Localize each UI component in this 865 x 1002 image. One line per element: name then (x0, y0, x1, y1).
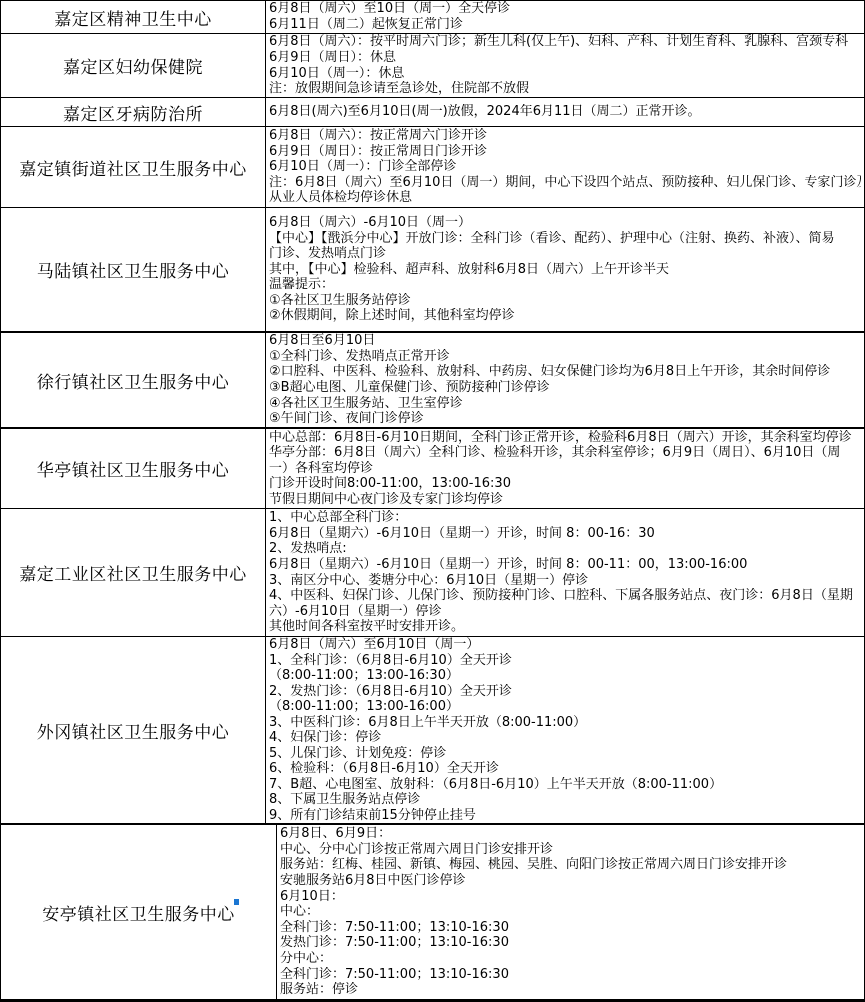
schedule-detail-cell: 6月8日（周六）：按平时周六门诊；新生儿科(仅上午)、妇科、产科、计划生育科、乳… (266, 34, 864, 97)
schedule-line: 温馨提示： (269, 277, 861, 293)
schedule-detail-cell: 中心总部：6月8日-6月10日期间，全科门诊正常开诊，检验科6月8日（周六）开诊… (266, 429, 864, 508)
schedule-line: 6月8日至6月10日 (269, 333, 861, 349)
schedule-line: 服务站：红梅、桂园、新镇、梅园、桃园、吴胜、向阳门诊按正常周六周日门诊安排开诊 (280, 857, 861, 873)
schedule-line: 中心： (280, 904, 861, 920)
schedule-line: 5、儿保门诊、计划免疫：停诊 (269, 746, 861, 762)
schedule-detail-cell: 1、中心总部全科门诊：6月8日（星期六）-6月10日（星期一）开诊，时间 8：0… (266, 509, 864, 636)
schedule-line: ②口腔科、中医科、检验科、放射科、中药房、妇女保健门诊均为6月8日上午开诊，其余… (269, 364, 861, 380)
schedule-detail-cell: 6月8日（周六）-6月10日（周一）【中心】【戬浜分中心】开放门诊：全科门诊（看… (266, 208, 864, 331)
schedule-line: 2、发热门诊：（6月8日-6月10）全天开诊 (269, 684, 861, 700)
schedule-line: 6月8日(周六)至6月10日(周一)放假，2024年6月11日（周二）正常开诊。 (269, 104, 861, 120)
schedule-line: 分中心： (280, 951, 861, 967)
schedule-line: 6月9日（周日）：休息 (269, 50, 861, 66)
schedule-line: 6月10日（周一）：休息 (269, 66, 861, 82)
schedule-line: 6月8日、6月9日： (280, 826, 861, 842)
facility-name: 安亭镇社区卫生服务中心 (42, 900, 235, 925)
facility-name-cell: 安亭镇社区卫生服务中心 (1, 825, 277, 999)
schedule-line: 4、妇保门诊：停诊 (269, 730, 861, 746)
schedule-detail-cell: 6月8日(周六)至6月10日(周一)放假，2024年6月11日（周二）正常开诊。 (266, 98, 864, 126)
facility-name-cell: 外冈镇社区卫生服务中心 (1, 637, 266, 823)
schedule-line: 门诊、发热哨点门诊 (269, 246, 861, 262)
schedule-line: ①全科门诊、发热哨点正常开诊 (269, 349, 861, 365)
schedule-detail-cell: 6月8日（周六）至10日（周一）全天停诊6月11日（周二）起恢复正常门诊 (266, 1, 864, 33)
schedule-line: 中心总部：6月8日-6月10日期间，全科门诊正常开诊，检验科6月8日（周六）开诊… (269, 430, 861, 446)
schedule-line: 6月10日： (280, 889, 861, 905)
facility-name: 徐行镇社区卫生服务中心 (37, 368, 230, 393)
schedule-line: 9、所有门诊结束前15分钟停止挂号 (269, 808, 861, 824)
schedule-line: 6月8日（周六）-6月10日（周一） (269, 215, 861, 231)
schedule-line: 安驰服务站6月8日中医门诊停诊 (280, 873, 861, 889)
table-row: 徐行镇社区卫生服务中心6月8日至6月10日①全科门诊、发热哨点正常开诊②口腔科、… (1, 333, 864, 429)
schedule-line: 注：放假期间急诊请至急诊处，住院部不放假 (269, 81, 861, 97)
schedule-line: ②休假期间，除上述时间，其他科室均停诊 (269, 308, 861, 324)
schedule-line: 一）各科室均停诊 (269, 461, 861, 477)
schedule-line: 服务站：停诊 (280, 982, 861, 998)
schedule-line: 6月10日（周一）：门诊全部停诊 (269, 159, 861, 175)
table-row: 嘉定区妇幼保健院6月8日（周六）：按平时周六门诊；新生儿科(仅上午)、妇科、产科… (1, 34, 864, 98)
schedule-line: 中心、分中心门诊按正常周六周日门诊安排开诊 (280, 842, 861, 858)
facility-name-cell: 徐行镇社区卫生服务中心 (1, 333, 266, 427)
table-row: 外冈镇社区卫生服务中心6月8日（周六）至6月10日（周一）1、全科门诊：（6月8… (1, 637, 864, 825)
facility-name-cell: 马陆镇社区卫生服务中心 (1, 208, 266, 331)
schedule-line: 6月8日（星期六）-6月10日（星期一）开诊，时间 8：00-16：30 (269, 526, 861, 542)
schedule-line: 1、中心总部全科门诊： (269, 510, 861, 526)
schedule-detail-cell: 6月8日至6月10日①全科门诊、发热哨点正常开诊②口腔科、中医科、检验科、放射科… (266, 333, 864, 427)
schedule-line: 其中，【中心】检验科、超声科、放射科6月8日（周六）上午开诊半天 (269, 262, 861, 278)
schedule-detail-cell: 6月8日、6月9日：中心、分中心门诊按正常周六周日门诊安排开诊服务站：红梅、桂园… (277, 825, 864, 999)
table-row: 安亭镇社区卫生服务中心6月8日、6月9日：中心、分中心门诊按正常周六周日门诊安排… (1, 825, 864, 999)
schedule-line: 其他时间各科室按平时安排开诊。 (269, 619, 861, 635)
schedule-line: 6月8日（周六）：按平时周六门诊；新生儿科(仅上午)、妇科、产科、计划生育科、乳… (269, 34, 861, 50)
schedule-line: 全科门诊：7:50-11:00；13:10-16:30 (280, 967, 861, 983)
facility-name: 马陆镇社区卫生服务中心 (37, 257, 230, 282)
schedule-line: 华亭分部：6月8日（周六）全科门诊、检验科开诊，其余科室停诊；6月9日（周日）、… (269, 445, 861, 461)
schedule-line: 3、南区分中心、娄塘分中心：6月10日（星期一）停诊 (269, 573, 861, 589)
schedule-detail-cell: 6月8日（周六）：按正常周六门诊开诊6月9日（周日）：按正常周日门诊开诊6月10… (266, 127, 864, 207)
facility-name: 嘉定镇街道社区卫生服务中心 (19, 155, 247, 180)
schedule-line: 3、中医科门诊：6月8日上午半天开放（8:00-11:00） (269, 715, 861, 731)
schedule-line: （8:00-11:00；13:00-16:30） (269, 668, 861, 684)
facility-name: 外冈镇社区卫生服务中心 (37, 718, 230, 743)
schedule-line: 6月9日（周日）：按正常周日门诊开诊 (269, 144, 861, 160)
table-row: 嘉定区精神卫生中心6月8日（周六）至10日（周一）全天停诊6月11日（周二）起恢… (1, 1, 864, 34)
schedule-line: 注：6月8日（周六）至6月10日（周一）期间，中心下设四个站点、预防接种、妇儿保… (269, 175, 861, 191)
schedule-line: 6月8日（周六）至6月10日（周一） (269, 637, 861, 653)
schedule-line: 2、发热哨点: (269, 541, 861, 557)
facility-name-cell: 嘉定区妇幼保健院 (1, 34, 266, 97)
facility-name-cell: 嘉定区精神卫生中心 (1, 1, 266, 33)
schedule-line: 6月8日（周六）：按正常周六门诊开诊 (269, 128, 861, 144)
table-row: 马陆镇社区卫生服务中心6月8日（周六）-6月10日（周一）【中心】【戬浜分中心】… (1, 208, 864, 333)
facility-name: 嘉定工业区社区卫生服务中心 (19, 560, 247, 585)
holiday-schedule-table: 嘉定区精神卫生中心6月8日（周六）至10日（周一）全天停诊6月11日（周二）起恢… (0, 0, 865, 1002)
facility-name-cell: 嘉定工业区社区卫生服务中心 (1, 509, 266, 636)
schedule-line: 门诊开设时间8:00-11:00，13:00-16:30 (269, 476, 861, 492)
schedule-line: 从业人员体检均停诊休息 (269, 190, 861, 206)
schedule-line: 4、中医科、妇保门诊、儿保门诊、预防接种门诊、口腔科、下属各服务站点、夜门诊：6… (269, 588, 861, 604)
table-row: 嘉定工业区社区卫生服务中心1、中心总部全科门诊：6月8日（星期六）-6月10日（… (1, 509, 864, 637)
schedule-line: 发热门诊：7:50-11:00；13:10-16:30 (280, 935, 861, 951)
table-row: 华亭镇社区卫生服务中心中心总部：6月8日-6月10日期间，全科门诊正常开诊，检验… (1, 429, 864, 509)
table-row: 嘉定区牙病防治所6月8日(周六)至6月10日(周一)放假，2024年6月11日（… (1, 98, 864, 127)
table-row: 嘉定镇街道社区卫生服务中心6月8日（周六）：按正常周六门诊开诊6月9日（周日）：… (1, 127, 864, 208)
holiday-schedule-page: 嘉定区精神卫生中心6月8日（周六）至10日（周一）全天停诊6月11日（周二）起恢… (0, 0, 865, 1002)
facility-name: 嘉定区牙病防治所 (63, 100, 203, 125)
schedule-line: 8、下属卫生服务站点停诊 (269, 792, 861, 808)
schedule-line: 六）-6月10日（星期一）停诊 (269, 604, 861, 620)
schedule-line: 节假日期间中心夜门诊及专家门诊均停诊 (269, 492, 861, 508)
facility-name-cell: 华亭镇社区卫生服务中心 (1, 429, 266, 508)
schedule-line: 1、全科门诊：（6月8日-6月10）全天开诊 (269, 653, 861, 669)
schedule-line: ③B超心电图、儿童保健门诊、预防接种门诊停诊 (269, 380, 861, 396)
schedule-line: 6月11日（周二）起恢复正常门诊 (269, 17, 861, 33)
facility-name: 华亭镇社区卫生服务中心 (37, 456, 230, 481)
schedule-detail-cell: 6月8日（周六）至6月10日（周一）1、全科门诊：（6月8日-6月10）全天开诊… (266, 637, 864, 823)
facility-name: 嘉定区精神卫生中心 (54, 5, 212, 30)
facility-name-cell: 嘉定区牙病防治所 (1, 98, 266, 126)
schedule-line: 6、检验科：（6月8日-6月10）全天开诊 (269, 761, 861, 777)
schedule-line: ④各社区卫生服务站、卫生室停诊 (269, 396, 861, 412)
blue-marker (234, 899, 239, 905)
schedule-line: ①各社区卫生服务站停诊 (269, 293, 861, 309)
facility-name: 嘉定区妇幼保健院 (63, 53, 203, 78)
schedule-line: 全科门诊：7:50-11:00；13:10-16:30 (280, 920, 861, 936)
schedule-line: 6月8日（星期六）-6月10日（星期一）开诊，时间 8：00-11：00，13:… (269, 557, 861, 573)
facility-name-cell: 嘉定镇街道社区卫生服务中心 (1, 127, 266, 207)
schedule-line: 6月8日（周六）至10日（周一）全天停诊 (269, 1, 861, 17)
schedule-line: ⑤午间门诊、夜间门诊停诊 (269, 411, 861, 427)
schedule-line: 【中心】【戬浜分中心】开放门诊：全科门诊（看诊、配药）、护理中心（注射、换药、补… (269, 231, 861, 247)
schedule-line: 7、B超、心电图室、放射科：（6月8日-6月10）上午半天开放（8:00-11:… (269, 777, 861, 793)
schedule-line: （8:00-11:00；13:00-16:00） (269, 699, 861, 715)
